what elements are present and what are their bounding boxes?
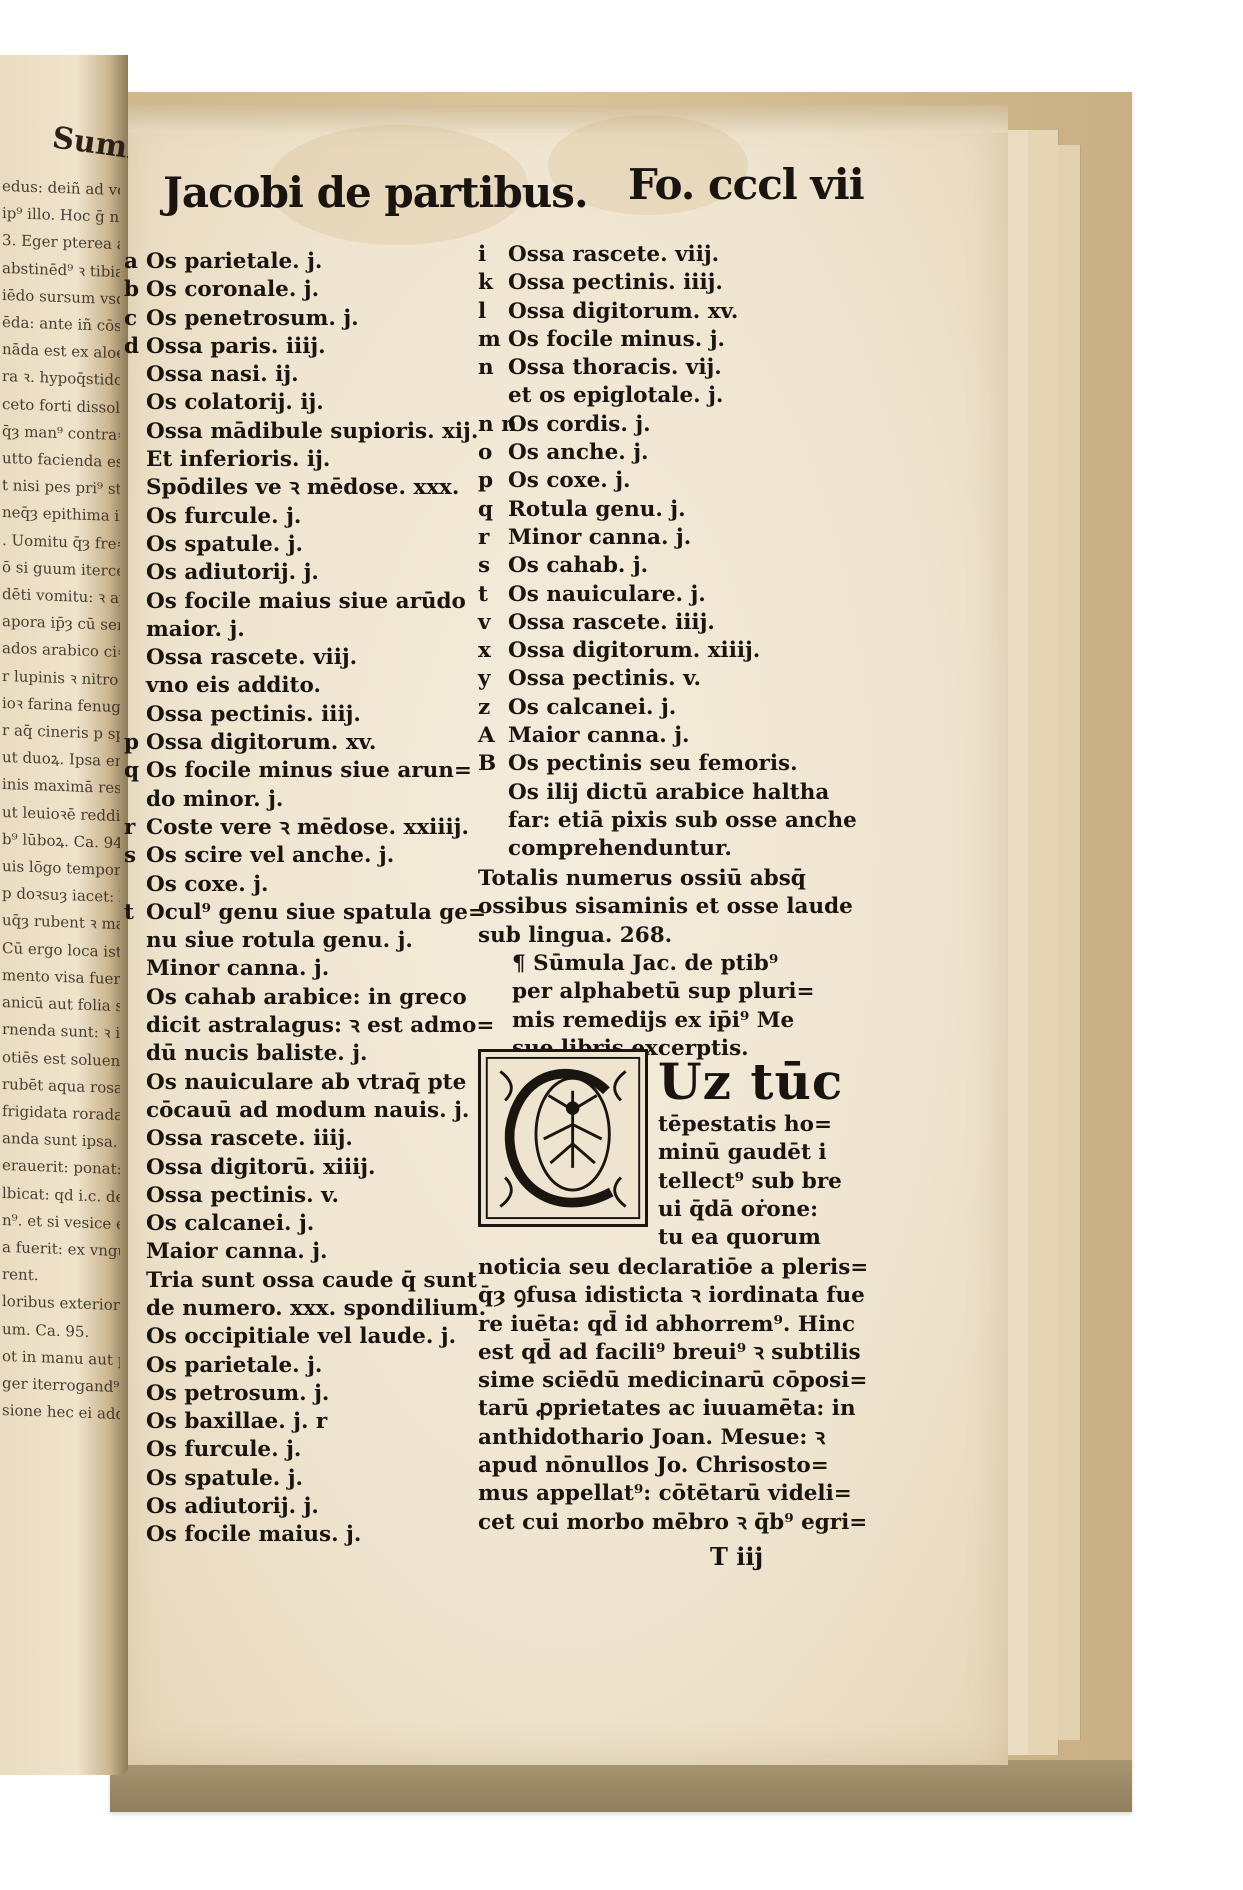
bone-entry-text: maior. j. (146, 616, 245, 644)
bone-entry-text: Maior canna. j. (146, 1238, 328, 1266)
bone-entry-text: Os focile minus siue arun= (146, 757, 472, 785)
bone-entry-text: far: etiā pixis sub osse anche (508, 807, 857, 835)
signature-letter: i (478, 241, 508, 269)
text-line: tarū ꝓprietates ac iuuamēta: in (478, 1395, 868, 1423)
signature-letter: p (478, 467, 508, 495)
bone-entry: Ossa rascete. iiij. (146, 1125, 494, 1153)
bone-entry-text: Ossa rascete. iiij. (146, 1125, 353, 1153)
bone-entry: far: etiā pixis sub osse anche (478, 807, 857, 835)
left-page-line: . Uomitu q̄ȝ fre= (2, 527, 120, 558)
text-line: anthidothario Joan. Mesue: ꝛ (478, 1424, 868, 1452)
text-line: per alphabetū sup pluri= (512, 978, 815, 1006)
bone-entry: mOs focile minus. j. (478, 326, 857, 354)
left-page-text: edus: deiñ ad voip⁹ illo. Hoc ḡ nl3. Ege… (2, 173, 120, 1428)
incipit-body: noticia seu declaratiōe a pleris=q̄ȝ ꝯfu… (478, 1254, 868, 1537)
left-page-line: r lupinis ꝛ nitro ꝛ (2, 663, 120, 694)
bone-entry-text: Et inferioris. ij. (146, 446, 330, 474)
page-edge-stack (1028, 130, 1059, 1755)
left-page-line: lbicat: qd i.c. de aṗati (2, 1179, 120, 1210)
bone-entry-text: Os cahab arabice: in greco (146, 984, 467, 1012)
bone-entry-text: Spōdiles ve ꝛ mēdose. xxx. (146, 474, 459, 502)
text-line: ossibus sisaminis et osse laude (478, 893, 853, 921)
bone-entry: Ossa rascete. viij. (146, 644, 494, 672)
left-page-line: iēdo sursum vsq (2, 282, 120, 313)
bone-entry: bOs coronale. j. (146, 276, 494, 304)
bone-entry: rCoste vere ꝛ mēdose. xxiiij. (146, 814, 494, 842)
bone-entry-text: Ossa rascete. viij. (508, 241, 719, 269)
bone-entry-text: Os cordis. j. (508, 411, 651, 439)
left-page-line: ō si guum itercel= (2, 554, 120, 585)
verso-page-fragment: Summa edus: deiñ ad voip⁹ illo. Hoc ḡ nl… (0, 55, 128, 1775)
bone-entry: de numero. xxx. spondilium. (146, 1295, 494, 1323)
left-page-line: erauerit: ponat: pl (2, 1152, 120, 1183)
left-page-line: sione hec ei addit. (2, 1397, 120, 1428)
bone-entry: dOssa paris. iiij. (146, 333, 494, 361)
left-page-line: q̄ȝ man⁹ contra= (2, 418, 120, 449)
bone-entry: Os parietale. j. (146, 1352, 494, 1380)
bone-entry: yOssa pectinis. v. (478, 665, 857, 693)
bone-entry-text: Os ilij dictū arabice haltha (508, 779, 829, 807)
left-page-line: abstinēd⁹ ꝛ tibias (2, 255, 120, 286)
left-page-line: anda sunt ipsa. Qd (2, 1125, 120, 1156)
bone-entry: oOs anche. j. (478, 439, 857, 467)
bone-entry-text: Os furcule. j. (146, 1436, 301, 1464)
left-page-line: ger iterrogand⁹ est (2, 1370, 120, 1401)
signature-letter: v (478, 609, 508, 637)
bone-entry-text: Os parietale. j. (146, 248, 322, 276)
bone-entry: comprehenduntur. (478, 835, 857, 863)
signature-letter: s (124, 842, 144, 870)
text-line: est qd̄ ad facili⁹ breui⁹ ꝛ subtilis (478, 1339, 868, 1367)
bone-entry-text: vno eis addito. (146, 672, 321, 700)
bone-entry: pOs coxe. j. (478, 467, 857, 495)
bone-entry: Os furcule. j. (146, 1436, 494, 1464)
left-page-line: t nisi pes pri⁹ stri (2, 472, 120, 503)
left-page-line: ceto forti dissolu= (2, 391, 120, 422)
bone-entry-text: Os cahab. j. (508, 552, 648, 580)
bone-entry-text: Os anche. j. (508, 439, 649, 467)
bone-entry-text: Ossa nasi. ij. (146, 361, 299, 389)
bone-entry: Ossa pectinis. iiij. (146, 701, 494, 729)
bone-entry: Os colatorij. ij. (146, 389, 494, 417)
bone-entry: do minor. j. (146, 786, 494, 814)
incipit-heading: Uz tūc (658, 1052, 843, 1111)
bone-entry: iOssa rascete. viij. (478, 241, 857, 269)
bone-entry-text: de numero. xxx. spondilium. (146, 1295, 486, 1323)
left-page-line: nāda est ex aloe ei (2, 336, 120, 367)
left-page-line: dēti vomitu: ꝛ ap (2, 581, 120, 612)
bone-entry: vno eis addito. (146, 672, 494, 700)
signature-letter: t (478, 581, 508, 609)
signature-letter: r (124, 814, 144, 842)
bone-entry-text: Ossa digitorū. xiiij. (146, 1154, 376, 1182)
signature-letter: k (478, 269, 508, 297)
bone-entry-text: Os colatorij. ij. (146, 389, 324, 417)
bone-entry-text: Ossa rascete. iiij. (508, 609, 715, 637)
floral-initial-c-icon (481, 1052, 645, 1224)
signature-letter (478, 807, 508, 835)
left-page-line: uq̄ȝ rubent ꝛ mala (2, 907, 120, 938)
bone-entry-text: dicit astralagus: ꝛ est admo= (146, 1012, 494, 1040)
text-line: tellect⁹ sub bre (658, 1168, 842, 1196)
left-page-line: mento visa fuerit: (2, 962, 120, 993)
bone-entry-text: Os focile maius siue arūdo (146, 588, 466, 616)
signature-letter: q (478, 496, 508, 524)
text-line: tu ea quorum (658, 1224, 842, 1252)
text-line: ¶ Sūmula Jac. de ptib⁹ (512, 950, 815, 978)
text-line: Totalis numerus ossiū absq̄ (478, 865, 853, 893)
left-page-line: rubēt aqua rosata (2, 1071, 120, 1102)
bone-entry-text: Ossa rascete. viij. (146, 644, 357, 672)
signature-letter: l (478, 298, 508, 326)
bone-entry: Os coxe. j. (146, 871, 494, 899)
signature-letter: n n (478, 411, 508, 439)
bone-entry-text: Ossa pectinis. iiij. (146, 701, 361, 729)
bone-entry-text: et os epiglotale. j. (508, 382, 723, 410)
left-page-line: loribus exteriorum (2, 1288, 120, 1319)
bone-entry-text: Os baxillae. j. r (146, 1408, 327, 1436)
left-page-line: inis maximā resol (2, 771, 120, 802)
bone-entry: Maior canna. j. (146, 1238, 494, 1266)
bone-entry-text: Os nauiculare. j. (508, 581, 706, 609)
bone-entry-text: Ossa mādibule supioris. xij. (146, 418, 478, 446)
left-page-line: r aq̄ cineris p spa= (2, 717, 120, 748)
signature-letter: A (478, 722, 508, 750)
text-line: ui q̄dā oṙone: (658, 1196, 842, 1224)
left-page-line: Cū ergo loca ista (2, 935, 120, 966)
left-running-head: Summa (50, 120, 128, 172)
left-page-line: n⁹. et si vesice et vlce (2, 1207, 120, 1238)
bone-entry: Et inferioris. ij. (146, 446, 494, 474)
bone-entry: cOs penetrosum. j. (146, 305, 494, 333)
bone-entry: pOssa digitorum. xv. (146, 729, 494, 757)
left-page-line: uis lōgo tempore (2, 853, 120, 884)
binding-turn-in (110, 1760, 1132, 1812)
bone-entry: Os spatule. j. (146, 1465, 494, 1493)
bone-entry: Minor canna. j. (146, 955, 494, 983)
bone-entry: Ossa digitorū. xiiij. (146, 1154, 494, 1182)
bone-entry-text: nu siue rotula genu. j. (146, 927, 413, 955)
bone-entry-text: Os petrosum. j. (146, 1380, 329, 1408)
bone-entry: Tria sunt ossa caude q̄ sunt (146, 1267, 494, 1295)
total-bones-paragraph: Totalis numerus ossiū absq̄ossibus sisam… (478, 865, 853, 950)
bone-entry-text: do minor. j. (146, 786, 283, 814)
bone-entry-text: Maior canna. j. (508, 722, 690, 750)
bone-entry: Ossa mādibule supioris. xij. (146, 418, 494, 446)
bone-entry: lOssa digitorum. xv. (478, 298, 857, 326)
left-page-line: ados arabico ci= (2, 635, 120, 666)
bone-entry: qRotula genu. j. (478, 496, 857, 524)
bone-entry: xOssa digitorum. xiiij. (478, 637, 857, 665)
bone-entry: maior. j. (146, 616, 494, 644)
bone-entry: Os spatule. j. (146, 531, 494, 559)
bone-entry: dū nucis baliste. j. (146, 1040, 494, 1068)
book-photograph: Summa edus: deiñ ad voip⁹ illo. Hoc ḡ nl… (0, 0, 1243, 1890)
bone-entry-text: Ossa digitorum. xv. (508, 298, 738, 326)
bone-entry-text: Os spatule. j. (146, 1465, 303, 1493)
bone-entry-text: Minor canna. j. (146, 955, 329, 983)
signature-letter: d (124, 333, 144, 361)
bone-entry: Ossa nasi. ij. (146, 361, 494, 389)
signature-letter: o (478, 439, 508, 467)
incipit-lines-beside-initial: tēpestatis ho=minū gaudēt itellect⁹ sub … (658, 1111, 842, 1252)
bone-entry-text: Os calcanei. j. (508, 694, 676, 722)
folio-number: Fo. cccl vii (628, 160, 864, 209)
left-page-line: utto facienda est. (2, 445, 120, 476)
bone-entry-text: Os spatule. j. (146, 531, 303, 559)
bone-entry: kOssa pectinis. iiij. (478, 269, 857, 297)
bone-entry-text: Os nauiculare ab vtraq̄ pte (146, 1069, 466, 1097)
bone-entry: Os nauiculare ab vtraq̄ pte (146, 1069, 494, 1097)
bone-entry-text: Ossa thoracis. vij. (508, 354, 722, 382)
text-line: noticia seu declaratiōe a pleris= (478, 1254, 868, 1282)
bone-entry: sOs cahab. j. (478, 552, 857, 580)
text-line: mis remedijs ex ip̄i⁹ Me (512, 1007, 815, 1035)
bone-entry-text: Os occipitiale vel laude. j. (146, 1323, 456, 1351)
bone-entry: Os adiutorij. j. (146, 559, 494, 587)
signature-mark: T iij (710, 1542, 763, 1571)
left-page-line: b⁹ lūboꝝ. Ca. 94. (2, 826, 120, 857)
text-line: sime sciēdū medicinarū cōposi= (478, 1367, 868, 1395)
bone-list-right-column: iOssa rascete. viij.kOssa pectinis. iiij… (478, 241, 857, 864)
signature-letter (478, 835, 508, 863)
signature-letter: m (478, 326, 508, 354)
bone-entry-text: Rotula genu. j. (508, 496, 686, 524)
bone-entry: n nOs cordis. j. (478, 411, 857, 439)
woodcut-initial (478, 1049, 648, 1227)
left-page-line: ra ꝛ. hypoq̄stidos (2, 363, 120, 394)
signature-letter: c (124, 305, 144, 333)
left-page-line: edus: deiñ ad vo (2, 173, 120, 204)
bone-entry-text: Ocul⁹ genu siue spatula ge= (146, 899, 486, 927)
bone-entry: tOs nauiculare. j. (478, 581, 857, 609)
bone-entry: AMaior canna. j. (478, 722, 857, 750)
bone-entry-text: Os focile maius. j. (146, 1521, 361, 1549)
bone-entry-text: Minor canna. j. (508, 524, 691, 552)
text-line: q̄ȝ ꝯfusa idisticta ꝛ iordinata fue (478, 1282, 868, 1310)
bone-entry: tOcul⁹ genu siue spatula ge= (146, 899, 494, 927)
signature-letter: x (478, 637, 508, 665)
bone-entry-text: Os pectinis seu femoris. (508, 750, 798, 778)
signature-letter: r (478, 524, 508, 552)
left-page-line: frigidata rorada (2, 1098, 120, 1129)
bone-entry-text: Ossa pectinis. v. (146, 1182, 339, 1210)
bone-entry-text: Os scire vel anche. j. (146, 842, 394, 870)
bone-entry: Os petrosum. j. (146, 1380, 494, 1408)
bone-entry: Os calcanei. j. (146, 1210, 494, 1238)
left-page-line: ut leuioꝛē reddit. (2, 799, 120, 830)
bone-entry: rMinor canna. j. (478, 524, 857, 552)
bone-entry: et os epiglotale. j. (478, 382, 857, 410)
text-line: minū gaudēt i (658, 1139, 842, 1167)
bone-entry-text: Os penetrosum. j. (146, 305, 359, 333)
bone-entry: nu siue rotula genu. j. (146, 927, 494, 955)
page-edge-stack (1058, 145, 1081, 1740)
bone-entry-text: Ossa pectinis. iiij. (508, 269, 723, 297)
bone-entry: sOs scire vel anche. j. (146, 842, 494, 870)
text-line: sub lingua. 268. (478, 922, 853, 950)
signature-letter: q (124, 757, 144, 785)
left-page-line: rent. (2, 1261, 120, 1292)
signature-letter (478, 779, 508, 807)
bone-entry: Os furcule. j. (146, 503, 494, 531)
left-page-line: ēda: ante iñ cōstri (2, 309, 120, 340)
bone-entry: nOssa thoracis. vij. (478, 354, 857, 382)
bone-entry: cōcauū ad modum nauis. j. (146, 1097, 494, 1125)
bone-entry-text: Ossa pectinis. v. (508, 665, 701, 693)
bone-entry: qOs focile minus siue arun= (146, 757, 494, 785)
bone-list-left-column: aOs parietale. j.bOs coronale. j.cOs pen… (146, 248, 494, 1550)
signature-letter: s (478, 552, 508, 580)
colophon: ¶ Sūmula Jac. de ptib⁹per alphabetū sup … (512, 950, 815, 1063)
left-page-line: ioꝛ farina fenugre (2, 690, 120, 721)
bone-entry-text: Os coxe. j. (146, 871, 268, 899)
bone-entry-text: Os adiutorij. j. (146, 559, 319, 587)
signature-letter: p (124, 729, 144, 757)
signature-letter: z (478, 694, 508, 722)
bone-entry-text: cōcauū ad modum nauis. j. (146, 1097, 469, 1125)
bone-entry: dicit astralagus: ꝛ est admo= (146, 1012, 494, 1040)
signature-letter: b (124, 276, 144, 304)
signature-letter: n (478, 354, 508, 382)
bone-entry: zOs calcanei. j. (478, 694, 857, 722)
bone-entry: Os baxillae. j. r (146, 1408, 494, 1436)
left-page-line: ot in manu aut pe= (2, 1343, 120, 1374)
bone-entry: aOs parietale. j. (146, 248, 494, 276)
bone-entry-text: comprehenduntur. (508, 835, 732, 863)
bone-entry-text: dū nucis baliste. j. (146, 1040, 368, 1068)
bone-entry: vOssa rascete. iiij. (478, 609, 857, 637)
bone-entry-text: Coste vere ꝛ mēdose. xxiiij. (146, 814, 469, 842)
signature-letter (478, 382, 508, 410)
bone-entry-text: Ossa digitorum. xiiij. (508, 637, 760, 665)
signature-letter: t (124, 899, 144, 927)
left-page-line: 3. Eger pterea ad (2, 227, 120, 258)
left-page-line: neq̄ȝ epithima il (2, 499, 120, 530)
text-line: re iuēta: qd̄ id abhorrem⁹. Hinc (478, 1311, 868, 1339)
running-head-title: Jacobi de partibus. (163, 168, 588, 217)
left-page-line: apora ip̄ȝ cū semi (2, 608, 120, 639)
bone-entry-text: Ossa digitorum. xv. (146, 729, 376, 757)
bone-entry-text: Os coronale. j. (146, 276, 319, 304)
bone-entry: Os occipitiale vel laude. j. (146, 1323, 494, 1351)
text-line: mus appellat⁹: cōtētarū videli= (478, 1480, 868, 1508)
left-page-line: ut duoꝝ. Ipsa em (2, 744, 120, 775)
text-line: cet cui morbo mēbro ꝛ q̄b⁹ egri= (478, 1509, 868, 1537)
bone-entry-text: Ossa paris. iiij. (146, 333, 326, 361)
left-page-line: a fuerit: ex vnguēto (2, 1234, 120, 1265)
signature-letter: y (478, 665, 508, 693)
left-page-line: ip⁹ illo. Hoc ḡ nl (2, 200, 120, 231)
bone-entry-text: Os focile minus. j. (508, 326, 725, 354)
bone-entry: BOs pectinis seu femoris. (478, 750, 857, 778)
bone-entry: Os ilij dictū arabice haltha (478, 779, 857, 807)
left-page-line: rnenda sunt: ꝛ ip= (2, 1016, 120, 1047)
bone-entry-text: Os furcule. j. (146, 503, 301, 531)
bone-entry: Ossa pectinis. v. (146, 1182, 494, 1210)
text-line: tēpestatis ho= (658, 1111, 842, 1139)
bone-entry: Spōdiles ve ꝛ mēdose. xxx. (146, 474, 494, 502)
left-page-line: um. Ca. 95. (2, 1315, 120, 1346)
bone-entry: Os focile maius. j. (146, 1521, 494, 1549)
bone-entry-text: Os adiutorij. j. (146, 1493, 319, 1521)
signature-letter: a (124, 248, 144, 276)
bone-entry-text: Os calcanei. j. (146, 1210, 314, 1238)
bone-entry-text: Os parietale. j. (146, 1352, 322, 1380)
left-page-line: anicū aut folia sa= (2, 989, 120, 1020)
text-line: apud nōnullos Jo. Chrisosto= (478, 1452, 868, 1480)
bone-entry: Os adiutorij. j. (146, 1493, 494, 1521)
signature-letter: B (478, 750, 508, 778)
left-page-line: p doꝛsuȝ iacet: lo= (2, 880, 120, 911)
bone-entry: Os focile maius siue arūdo (146, 588, 494, 616)
bone-entry-text: Os coxe. j. (508, 467, 630, 495)
left-page-line: otiēs est soluend⁹: (2, 1043, 120, 1074)
bone-entry: Os cahab arabice: in greco (146, 984, 494, 1012)
bone-entry-text: Tria sunt ossa caude q̄ sunt (146, 1267, 477, 1295)
